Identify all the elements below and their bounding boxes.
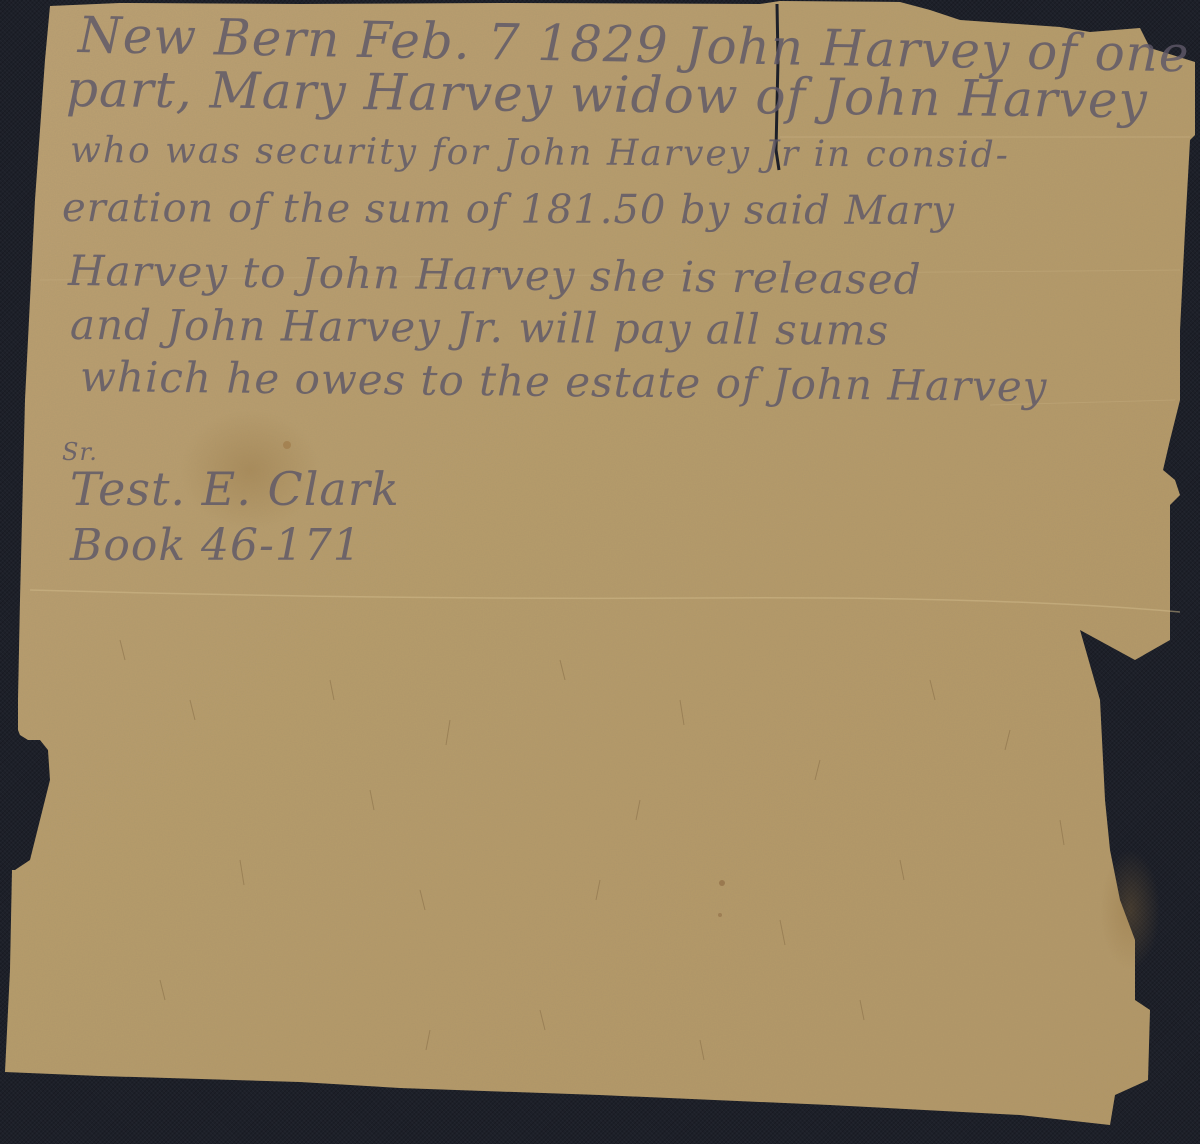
stain bbox=[180, 410, 320, 530]
paper-body bbox=[5, 1, 1195, 1125]
torn-paper-sheet bbox=[0, 0, 1200, 1144]
